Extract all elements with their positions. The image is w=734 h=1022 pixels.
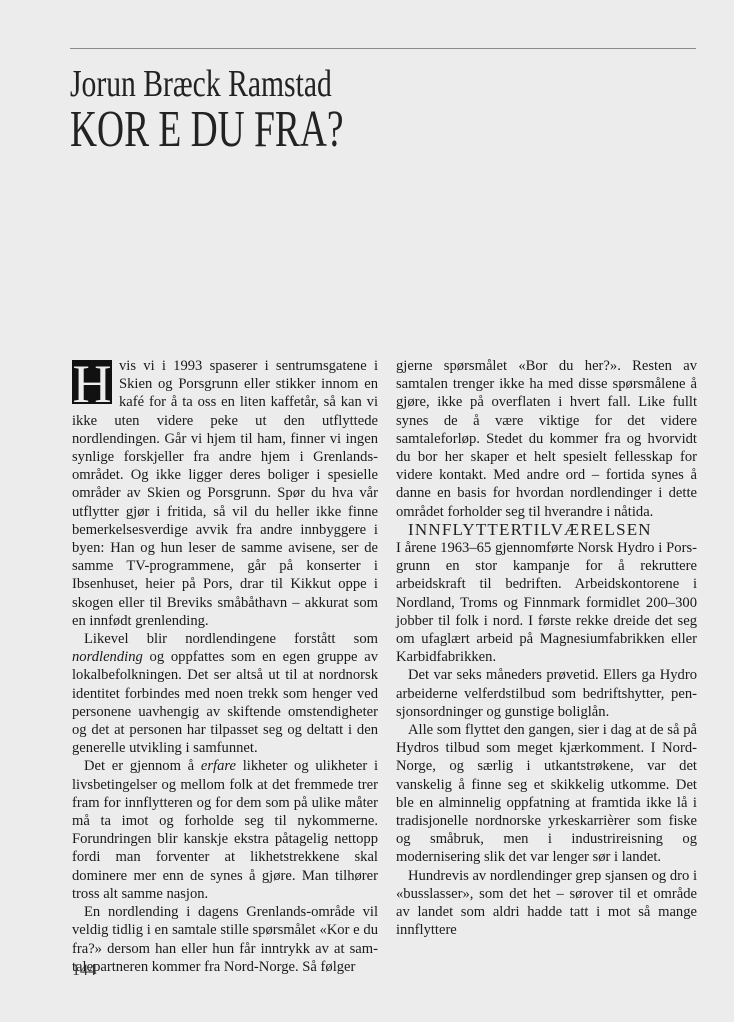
paragraph: Det er gjennom å erfare likheter og ulik… bbox=[72, 757, 378, 903]
paragraph: Likevel blir nordlendingene forstått som… bbox=[72, 630, 378, 757]
paragraph: Hvis vi i 1993 spaserer i sentrumsgatene… bbox=[72, 357, 378, 630]
paragraph: Hundrevis av nordlendinger grep sjansen … bbox=[396, 867, 697, 940]
paragraph: gjerne spørsmålet «Bor du her?». Resten … bbox=[396, 357, 697, 521]
paragraph-text: og oppfattes som en egen gruppe av lokal… bbox=[72, 649, 378, 756]
emphasis-text: erfare bbox=[201, 758, 236, 774]
paragraph-text: Likevel blir nordlendingene forstått som bbox=[84, 631, 378, 647]
paragraph: Alle som flyttet den gangen, sier i dag … bbox=[396, 721, 697, 867]
paragraph: I årene 1963–65 gjennomførte Norsk Hydro… bbox=[396, 539, 697, 666]
paragraph-text: vis vi i 1993 spaserer i sentrumsgatene … bbox=[72, 358, 378, 629]
section-heading: INNFLYTTERTILVÆRELSEN bbox=[396, 521, 697, 539]
paragraph: En nordlending i dagens Grenlands-område… bbox=[72, 903, 378, 976]
emphasis-text: nordlend­ing bbox=[72, 649, 143, 665]
paragraph: Det var seks måneders prøvetid. Ellers g… bbox=[396, 666, 697, 721]
top-rule bbox=[70, 48, 696, 49]
paragraph-text: likheter og ulikheter i livsbetingelser … bbox=[72, 758, 378, 901]
paragraph-text: Det er gjennom å bbox=[84, 758, 201, 774]
right-column: gjerne spørsmålet «Bor du her?». Resten … bbox=[396, 357, 697, 940]
article-title: KOR E DU FRA? bbox=[70, 100, 344, 160]
left-column: Hvis vi i 1993 spaserer i sentrumsgatene… bbox=[72, 357, 378, 976]
page-number: 144 bbox=[72, 962, 96, 980]
drop-cap: H bbox=[72, 360, 112, 404]
